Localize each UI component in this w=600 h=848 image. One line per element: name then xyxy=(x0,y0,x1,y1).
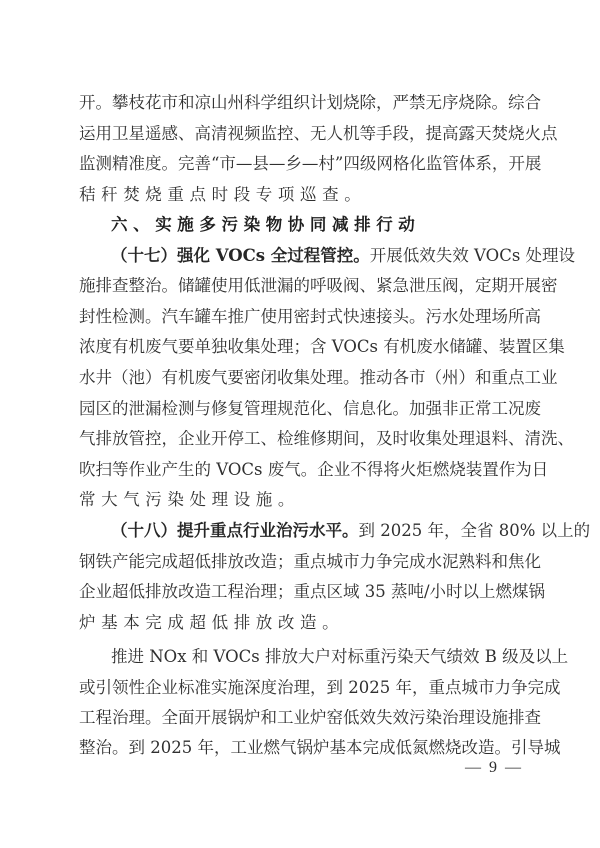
document-page: 开。攀枝花市和凉山州科学组织计划烧除，严禁无序烧除。综合 运用卫星遥感、高清视频… xyxy=(0,0,600,848)
item-18-text: 到 2025 年，全省 80% 以上的 xyxy=(359,521,591,540)
body-text-line: 工程治理。全面开展锅炉和工业炉窑低效失效污染治理设施排查 xyxy=(79,707,523,729)
body-text-line: 封性检测。汽车罐车推广使用密封式快速接头。污水处理场所高 xyxy=(79,306,523,328)
item-17-title: （十七）强化 VOCs 全过程管控。 xyxy=(111,246,370,265)
body-text-line: 气排放管控，企业开停工、检维修期间，及时收集处理退料、清洗、 xyxy=(79,428,523,450)
body-text-line: 常大气污染处理设施。 xyxy=(79,489,523,511)
item-18-title: （十八）提升重点行业治污水平。 xyxy=(111,521,359,540)
body-text-line: 整治。到 2025 年，工业燃气锅炉基本完成低氮燃烧改造。引导城 xyxy=(79,737,523,759)
body-text-line: 钢铁产能完成超低排放改造；重点城市力争完成水泥熟料和焦化 xyxy=(79,551,523,573)
body-text-line: 秸秆焚烧重点时段专项巡查。 xyxy=(79,184,523,206)
body-text-line: 开。攀枝花市和凉山州科学组织计划烧除，严禁无序烧除。综合 xyxy=(79,92,523,114)
body-text-line: 企业超低排放改造工程治理；重点区域 35 蒸吨/小时以上燃煤锅 xyxy=(79,581,523,603)
item-17-text: 开展低效失效 VOCs 处理设 xyxy=(370,246,575,265)
body-text-line: 或引领性企业标准实施深度治理，到 2025 年，重点城市力争完成 xyxy=(79,677,523,699)
page-number: — 9 — xyxy=(462,758,526,778)
body-text-line: 浓度有机废气要单独收集处理；含 VOCs 有机废水储罐、装置区集 xyxy=(79,336,523,358)
body-text-line: 推进 NOx 和 VOCs 排放大户对标重污染天气绩效 B 级及以上 xyxy=(111,646,523,668)
body-text-line: 施排查整治。储罐使用低泄漏的呼吸阀、紧急泄压阀，定期开展密 xyxy=(79,275,523,297)
body-text-line: 园区的泄漏检测与修复管理规范化、信息化。加强非正常工况废 xyxy=(79,398,523,420)
body-text-line: 水井（池）有机废气要密闭收集处理。推动各市（州）和重点工业 xyxy=(79,367,523,389)
section-heading: 六、实施多污染物协同减排行动 xyxy=(111,214,523,236)
body-text-line: 监测精准度。完善“市—县—乡—村”四级网格化监管体系，开展 xyxy=(79,153,523,175)
body-text-line: 炉基本完成超低排放改造。 xyxy=(79,612,523,634)
item-18-first-line: （十八）提升重点行业治污水平。到 2025 年，全省 80% 以上的 xyxy=(111,520,523,542)
body-text-line: 吹扫等作业产生的 VOCs 废气。企业不得将火炬燃烧装置作为日 xyxy=(79,459,523,481)
item-17-first-line: （十七）强化 VOCs 全过程管控。开展低效失效 VOCs 处理设 xyxy=(111,245,523,267)
body-text-line: 运用卫星遥感、高清视频监控、无人机等手段，提高露天焚烧火点 xyxy=(79,123,523,145)
